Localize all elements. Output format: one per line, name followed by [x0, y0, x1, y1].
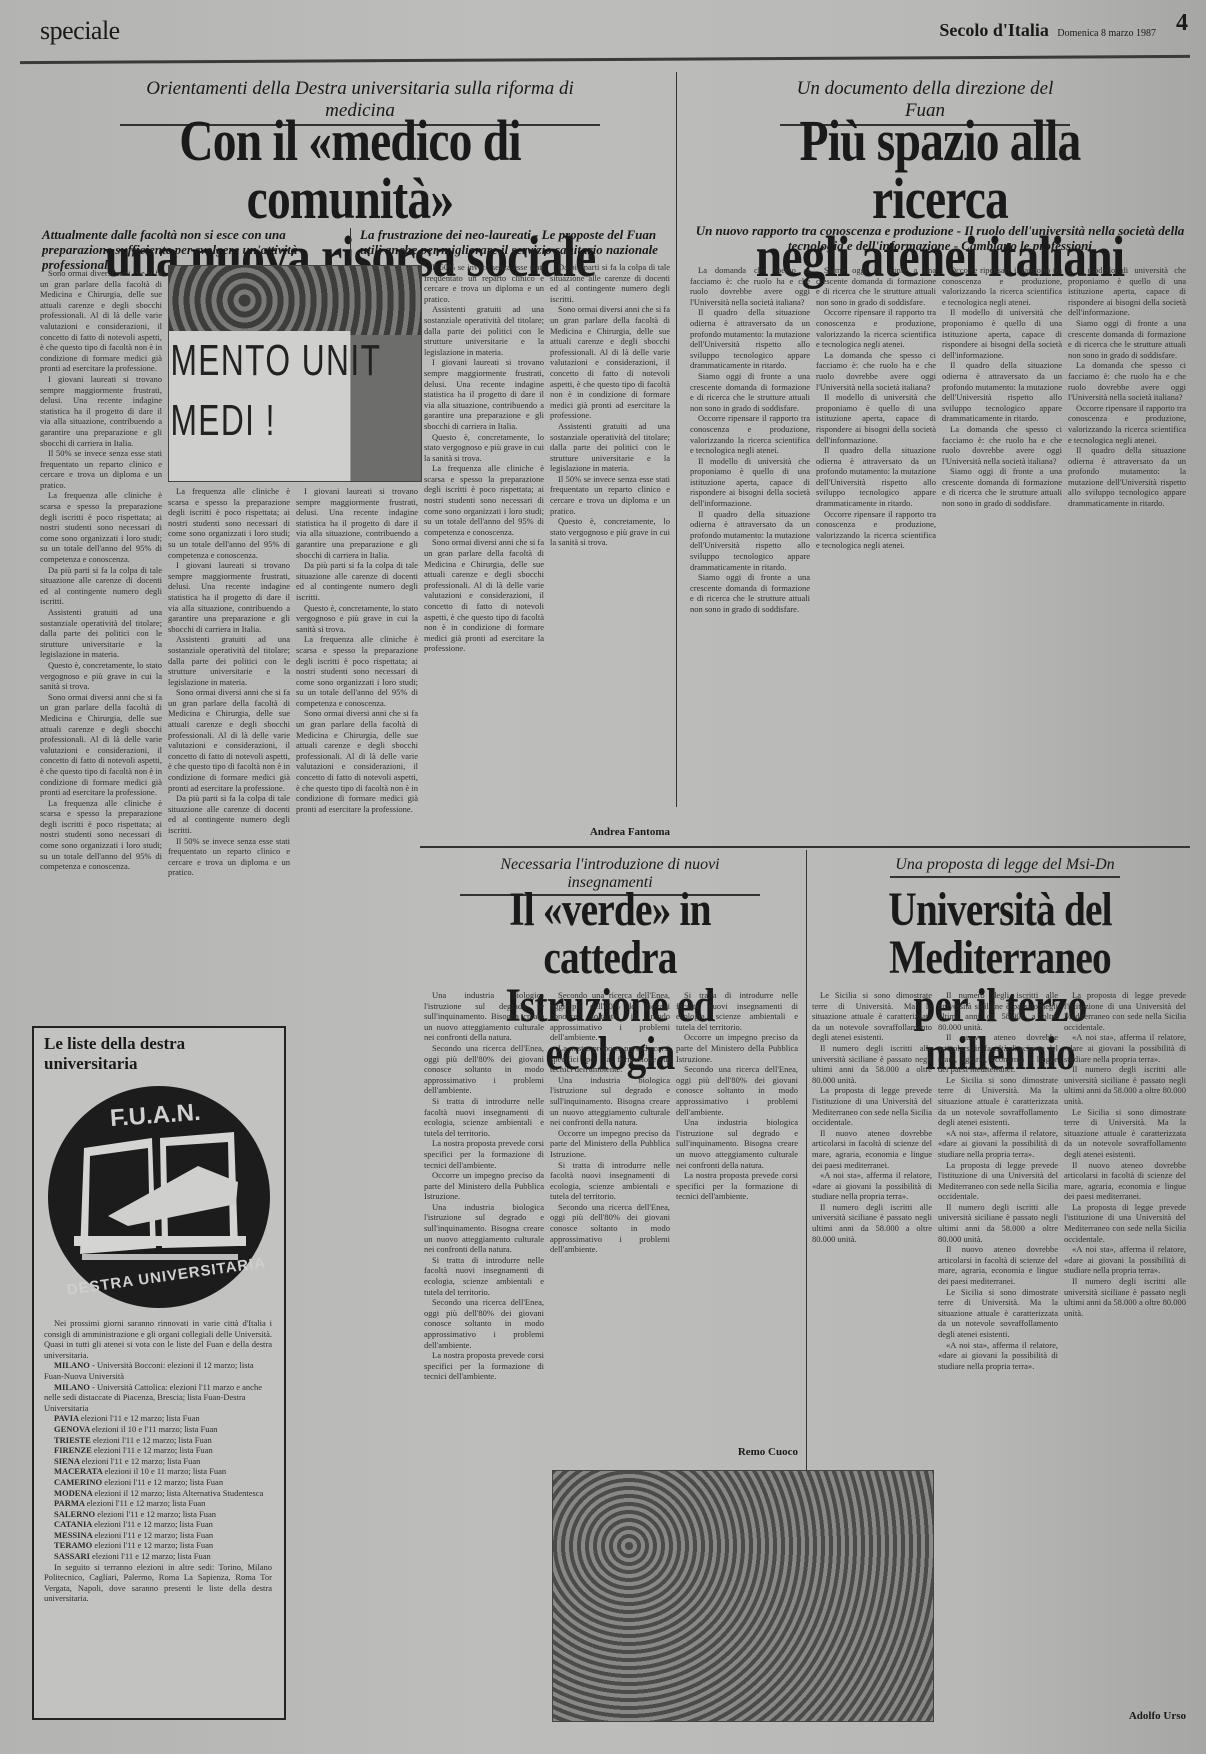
header-rule — [20, 55, 1190, 64]
list-details: elezioni l'11 e 12 marzo; lista Fuan — [94, 1445, 213, 1455]
paragraph: Il numero degli iscritti alle università… — [812, 1043, 932, 1085]
sub-divider — [350, 228, 351, 258]
list-item: GENOVA elezioni il 10 e l'11 marzo; list… — [44, 1424, 272, 1435]
paragraph: Il modello di università che proponiamo … — [942, 307, 1062, 360]
paragraph: I giovani laureati si trovano sempre mag… — [40, 374, 162, 448]
list-item: CATANIA elezioni l'11 e 12 marzo; lista … — [44, 1519, 272, 1530]
list-details: elezioni il 10 e l'11 marzo; lista Fuan — [92, 1424, 218, 1434]
protest-photo: MENTO UNIT MEDI ! — [168, 265, 422, 482]
paragraph: Da più parti si fa la colpa di tale situ… — [168, 793, 290, 835]
list-items: MILANO - Università Bocconi: elezioni il… — [44, 1360, 272, 1561]
list-details: elezioni l'11 e 12 marzo; lista Fuan — [97, 1509, 216, 1519]
paragraph: Il 50% se invece senza esse stati freque… — [40, 448, 162, 490]
list-details: elezioni l'11 e 12 marzo; lista Fuan — [94, 1530, 213, 1540]
byline-medicine: Andrea Fantoma — [550, 826, 670, 838]
paragraph: Il modello di università che proponiamo … — [816, 392, 936, 445]
subheadline-right: La frustrazione dei neo-laureati - Le pr… — [360, 228, 670, 258]
article-column: Si tratta di introdurre nelle facoltà nu… — [676, 990, 798, 1435]
paragraph: Le Sicilia si sono dimostrate terre di U… — [938, 1287, 1058, 1340]
paragraph: Siamo oggi di fronte a una crescente dom… — [942, 466, 1062, 508]
paragraph: Assistenti gratuiti ad una sostanziale o… — [40, 607, 162, 660]
paragraph: Sono ormai diversi anni che si fa un gra… — [424, 537, 544, 654]
list-details: elezioni l'11 e 12 marzo; lista Fuan — [82, 1456, 201, 1466]
paragraph: Una industria biologica l'istruzione sul… — [424, 990, 544, 1043]
protest-banner-text: MENTO UNIT MEDI ! — [169, 331, 350, 482]
paragraph: Questo è, concretamente, lo stato vergog… — [550, 516, 670, 548]
article-column: Occorre ripensare il rapporto tra conosc… — [942, 265, 1062, 825]
city-name: SALERNO — [54, 1509, 97, 1519]
city-name: TRIESTE — [54, 1435, 93, 1445]
paragraph: La frequenza alle cliniche è scarsa e sp… — [168, 486, 290, 560]
crowd-image — [169, 266, 421, 335]
fuan-lists-box: Le liste della destra universitaria F.U.… — [32, 1026, 286, 1720]
paragraph: La frequenza alle cliniche è scarsa e sp… — [40, 490, 162, 564]
paragraph: Il nuovo ateneo dovrebbe articolarsi in … — [812, 1128, 932, 1170]
list-intro: Nei prossimi giorni saranno rinnovati in… — [44, 1318, 272, 1360]
paragraph: Siamo oggi di fronte a una crescente dom… — [1068, 318, 1186, 360]
column-divider — [676, 72, 677, 807]
paragraph: Il quadro della situazione odierna è att… — [1068, 445, 1186, 509]
paragraph: Il numero degli iscritti alle università… — [938, 1202, 1058, 1244]
crowd-image — [553, 1471, 933, 1721]
paragraph: Una industria biologica l'istruzione sul… — [676, 1117, 798, 1170]
masthead: Secolo d'Italia Domenica 8 marzo 1987 — [939, 20, 1156, 41]
paragraph: Sono ormai diversi anni che si fa un gra… — [40, 692, 162, 798]
paragraph: «A noi sta», afferma il relatore, «dare … — [1064, 1244, 1186, 1276]
article-column: La frequenza alle cliniche è scarsa e sp… — [168, 486, 290, 1031]
paragraph: Il modello di università che proponiamo … — [1068, 265, 1186, 318]
issue-date: Domenica 8 marzo 1987 — [1057, 28, 1156, 39]
column-divider — [806, 850, 807, 1470]
paragraph: Una industria biologica l'istruzione sul… — [424, 1202, 544, 1255]
paragraph: La domanda che spesso ci facciamo è: che… — [1068, 360, 1186, 402]
list-details: elezioni l'11 e 12 marzo; lista Fuan — [81, 1413, 200, 1423]
demonstration-photo — [552, 1470, 934, 1722]
list-item: MODENA elezioni il 12 marzo; lista Alter… — [44, 1488, 272, 1499]
article-column: La proposta di legge prevede l'istituzio… — [1064, 990, 1186, 1705]
kicker-mediterranean: Una proposta di legge del Msi-Dn — [890, 856, 1120, 878]
list-details: elezioni l'11 e 12 marzo; lista Fuan — [92, 1551, 211, 1561]
section-divider — [420, 846, 1190, 848]
headline-line-1: Università del Mediterraneo — [836, 886, 1164, 982]
paragraph: Le Sicilia si sono dimostrate terre di U… — [1064, 1107, 1186, 1160]
article-column: Il numero degli iscritti alle università… — [938, 990, 1058, 1730]
list-details: elezioni l'11 e 12 marzo; lista Fuan — [94, 1540, 213, 1550]
paragraph: Sono ormai diversi anni che si fa un gra… — [168, 687, 290, 793]
city-name: MESSINA — [54, 1530, 94, 1540]
article-column: I giovani laureati si trovano sempre mag… — [296, 486, 418, 1031]
list-item: MILANO - Università Bocconi: elezioni il… — [44, 1360, 272, 1381]
list-details: elezioni l'11 e 12 marzo; lista Fuan — [94, 1519, 213, 1529]
paragraph: Sono ormai diversi anni che si fa un gra… — [550, 304, 670, 421]
paragraph: La nostra proposta prevede corsi specifi… — [424, 1138, 544, 1170]
box-title: Le liste della destra universitaria — [34, 1028, 284, 1074]
paragraph: Assistenti gratuiti ad una sostanziale o… — [168, 634, 290, 687]
paragraph: La proposta di legge prevede l'istituzio… — [1064, 1202, 1186, 1244]
paragraph: Il quadro della situazione odierna è att… — [690, 307, 810, 371]
list-item: PARMA elezioni l'11 e 12 marzo; lista Fu… — [44, 1498, 272, 1509]
city-name: PARMA — [54, 1498, 87, 1508]
list-item: TERAMO elezioni l'11 e 12 marzo; lista F… — [44, 1540, 272, 1551]
paragraph: Il modello di università che proponiamo … — [690, 456, 810, 509]
paragraph: Da più parti si fa la colpa di tale situ… — [40, 565, 162, 607]
list-details: elezioni il 10 e 11 marzo; lista Fuan — [104, 1466, 226, 1476]
list-item: SALERNO elezioni l'11 e 12 marzo; lista … — [44, 1509, 272, 1520]
city-name: MILANO — [54, 1382, 92, 1392]
article-column: Le Sicilia si sono dimostrate terre di U… — [812, 990, 932, 1460]
paragraph: Questo è, concretamente, lo stato vergog… — [40, 660, 162, 692]
headline-line-1: Il «verde» in cattedra — [454, 886, 766, 982]
paragraph: Secondo una ricerca dell'Enea, oggi più … — [676, 1064, 798, 1117]
paragraph: Si tratta di introdurre nelle facoltà nu… — [424, 1255, 544, 1297]
paragraph: Le Sicilia si sono dimostrate terre di U… — [812, 990, 932, 1043]
list-details: elezioni il 12 marzo; lista Alternativa … — [94, 1488, 263, 1498]
paragraph: Il 50% se invece senza esse stati freque… — [168, 836, 290, 878]
headline-line-1: Più spazio alla ricerca — [735, 112, 1145, 228]
paragraph: Il nuovo ateneo dovrebbe articolarsi in … — [938, 1032, 1058, 1074]
paragraph: Occorre un impegno preciso da parte del … — [550, 1128, 670, 1160]
city-name: FIRENZE — [54, 1445, 94, 1455]
paragraph: Il quadro della situazione odierna è att… — [816, 445, 936, 509]
city-name: TERAMO — [54, 1540, 94, 1550]
article-column: Sono ormai diversi anni che si fa un gra… — [40, 268, 162, 1028]
paragraph: La domanda che spesso ci facciamo è: che… — [816, 350, 936, 392]
paragraph: Questo è, concretamente, lo stato vergog… — [424, 432, 544, 464]
paragraph: La proposta di legge prevede l'istituzio… — [938, 1160, 1058, 1202]
city-name: CATANIA — [54, 1519, 94, 1529]
university-list: Nei prossimi giorni saranno rinnovati in… — [44, 1318, 272, 1710]
city-name: PAVIA — [54, 1413, 81, 1423]
article-column: Siamo oggi di fronte a una crescente dom… — [816, 265, 936, 825]
list-item: MACERATA elezioni il 10 e 11 marzo; list… — [44, 1466, 272, 1477]
paragraph: Occorre un impegno preciso da parte del … — [424, 1170, 544, 1202]
paragraph: «A noi sta», afferma il relatore, «dare … — [938, 1340, 1058, 1372]
page-number: 4 — [1176, 10, 1188, 37]
paragraph: La proposta di legge prevede l'istituzio… — [812, 1085, 932, 1127]
headline-research: Più spazio alla ricerca negli atenei ita… — [735, 112, 1145, 286]
paragraph: Secondo una ricerca dell'Enea, oggi più … — [424, 1297, 544, 1350]
paragraph: Il 50% se invece senza esse stati freque… — [424, 262, 544, 304]
paragraph: Il numero degli iscritti alle università… — [938, 990, 1058, 1032]
list-item: CAMERINO elezioni l'11 e 12 marzo; lista… — [44, 1477, 272, 1488]
list-details: elezioni l'11 e 12 marzo; lista Fuan — [87, 1498, 206, 1508]
paragraph: «A noi sta», afferma il relatore, «dare … — [1064, 1032, 1186, 1064]
newspaper-page: speciale Secolo d'Italia Domenica 8 marz… — [0, 0, 1206, 1754]
paragraph: Occorre un impegno preciso da parte del … — [676, 1032, 798, 1064]
article-column: Il modello di università che proponiamo … — [1068, 265, 1186, 825]
paragraph: Sono ormai diversi anni che si fa un gra… — [296, 708, 418, 814]
paragraph: Da più parti si fa la colpa di tale situ… — [296, 560, 418, 602]
paragraph: Il nuovo ateneo dovrebbe articolarsi in … — [938, 1244, 1058, 1286]
paragraph: Si tratta di introdurre nelle facoltà nu… — [550, 1160, 670, 1202]
paragraph: Si tratta di introdurre nelle facoltà nu… — [424, 1096, 544, 1138]
paragraph: Secondo una ricerca dell'Enea, oggi più … — [550, 1202, 670, 1255]
city-name: MILANO — [54, 1360, 92, 1370]
paragraph: Siamo oggi di fronte a una crescente dom… — [816, 265, 936, 307]
list-item: TRIESTE elezioni l'11 e 12 marzo; lista … — [44, 1435, 272, 1446]
paragraph: Il numero degli iscritti alle università… — [812, 1202, 932, 1244]
paragraph: La domanda che spesso ci facciamo è: che… — [942, 424, 1062, 466]
paragraph: La nostra proposta prevede corsi specifi… — [550, 1043, 670, 1075]
paragraph: Il 50% se invece senza esse stati freque… — [550, 474, 670, 516]
paragraph: Sono ormai diversi anni che si fa un gra… — [40, 268, 162, 374]
paragraph: Il quadro della situazione odierna è att… — [942, 360, 1062, 424]
paragraph: Siamo oggi di fronte a una crescente dom… — [690, 371, 810, 413]
paragraph: Occorre ripensare il rapporto tra conosc… — [690, 413, 810, 455]
city-name: MODENA — [54, 1488, 94, 1498]
article-column: Il 50% se invece senza esse stati freque… — [424, 262, 544, 807]
list-item: MESSINA elezioni l'11 e 12 marzo; lista … — [44, 1530, 272, 1541]
headline-line-1: Con il «medico di comunità» — [79, 112, 620, 228]
city-name: CAMERINO — [54, 1477, 104, 1487]
city-name: SIENA — [54, 1456, 82, 1466]
paragraph: Il numero degli iscritti alle università… — [1064, 1276, 1186, 1318]
paragraph: La nostra proposta prevede corsi specifi… — [424, 1350, 544, 1382]
paragraph: La nostra proposta prevede corsi specifi… — [676, 1170, 798, 1202]
paragraph: Si tratta di introdurre nelle facoltà nu… — [676, 990, 798, 1032]
subheadline-research: Un nuovo rapporto tra conoscenza e produ… — [690, 224, 1190, 254]
paragraph: Il quadro della situazione odierna è att… — [690, 509, 810, 573]
list-item: SASSARI elezioni l'11 e 12 marzo; lista … — [44, 1551, 272, 1562]
byline-mediterranean: Adolfo Urso — [1064, 1710, 1186, 1722]
city-name: SASSARI — [54, 1551, 92, 1561]
paragraph: Siamo oggi di fronte a una crescente dom… — [690, 572, 810, 614]
paragraph: Il numero degli iscritti alle università… — [1064, 1064, 1186, 1106]
fuan-logo: F.U.A.N. DESTRA UNIVERSITARIA — [48, 1086, 270, 1308]
paragraph: Da più parti si fa la colpa di tale situ… — [550, 262, 670, 304]
article-column: Una industria biologica l'istruzione sul… — [424, 990, 544, 1695]
article-column: La domanda che spesso ci facciamo è: che… — [690, 265, 810, 825]
paragraph: Questo è, concretamente, lo stato vergog… — [296, 603, 418, 635]
paragraph: Occorre ripensare il rapporto tra conosc… — [942, 265, 1062, 307]
list-details: elezioni l'11 e 12 marzo; lista Fuan — [104, 1477, 223, 1487]
section-label: speciale — [40, 16, 120, 46]
paragraph: I giovani laureati si trovano sempre mag… — [296, 486, 418, 560]
article-column: Secondo una ricerca dell'Enea, oggi più … — [550, 990, 670, 1455]
paragraph: «A noi sta», afferma il relatore, «dare … — [938, 1128, 1058, 1160]
byline-ecology: Remo Cuoco — [676, 1446, 798, 1458]
list-outro: In seguito si terranno elezioni in altre… — [44, 1562, 272, 1604]
paragraph: La frequenza alle cliniche è scarsa e sp… — [40, 798, 162, 872]
paragraph: La proposta di legge prevede l'istituzio… — [1064, 990, 1186, 1032]
paragraph: Occorre ripensare il rapporto tra conosc… — [816, 509, 936, 551]
paragraph: La frequenza alle cliniche è scarsa e sp… — [424, 463, 544, 537]
city-name: MACERATA — [54, 1466, 104, 1476]
list-item: PAVIA elezioni l'11 e 12 marzo; lista Fu… — [44, 1413, 272, 1424]
article-column: Da più parti si fa la colpa di tale situ… — [550, 262, 670, 817]
paragraph: Il nuovo ateneo dovrebbe articolarsi in … — [1064, 1160, 1186, 1202]
city-name: GENOVA — [54, 1424, 92, 1434]
list-item: MILANO - Università Cattolica: elezioni … — [44, 1382, 272, 1414]
paragraph: Assistenti gratuiti ad una sostanziale o… — [550, 421, 670, 474]
paragraph: Le Sicilia si sono dimostrate terre di U… — [938, 1075, 1058, 1128]
paragraph: Occorre ripensare il rapporto tra conosc… — [816, 307, 936, 349]
paragraph: I giovani laureati si trovano sempre mag… — [424, 357, 544, 431]
paragraph: Secondo una ricerca dell'Enea, oggi più … — [550, 990, 670, 1043]
paragraph: Una industria biologica l'istruzione sul… — [550, 1075, 670, 1128]
paragraph: Secondo una ricerca dell'Enea, oggi più … — [424, 1043, 544, 1096]
list-item: FIRENZE elezioni l'11 e 12 marzo; lista … — [44, 1445, 272, 1456]
list-item: SIENA elezioni l'11 e 12 marzo; lista Fu… — [44, 1456, 272, 1467]
paragraph: Occorre ripensare il rapporto tra conosc… — [1068, 403, 1186, 445]
paragraph: La frequenza alle cliniche è scarsa e sp… — [296, 634, 418, 708]
paragraph: Assistenti gratuiti ad una sostanziale o… — [424, 304, 544, 357]
paragraph: I giovani laureati si trovano sempre mag… — [168, 560, 290, 634]
list-details: elezioni l'11 e 12 marzo; lista Fuan — [93, 1435, 212, 1445]
paragraph: «A noi sta», afferma il relatore, «dare … — [812, 1170, 932, 1202]
paragraph: La domanda che spesso ci facciamo è: che… — [690, 265, 810, 307]
masthead-title: Secolo d'Italia — [939, 20, 1049, 40]
